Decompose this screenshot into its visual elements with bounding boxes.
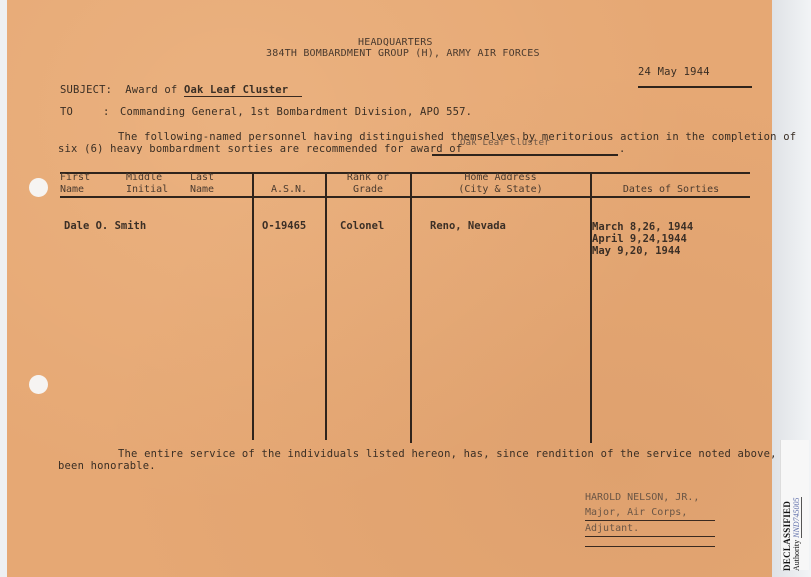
header-line-2: 384TH BOMBARDMENT GROUP (H), ARMY AIR FO…	[266, 48, 540, 59]
to-recipient: Commanding General, 1st Bombardment Divi…	[120, 106, 472, 118]
award-fill-text: Oak Leaf Cluster	[460, 138, 550, 148]
subject-line: SUBJECT: Award of Oak Leaf Cluster	[60, 84, 302, 96]
th-first-name: First Name	[60, 172, 90, 196]
sortie-date-3: May 9,20, 1944	[592, 245, 693, 257]
row-address: Reno, Nevada	[430, 220, 506, 232]
th-rank-l1: Rank or	[326, 172, 410, 184]
th-middle-l1: Middle	[126, 172, 168, 184]
header-line-1: HEADQUARTERS	[358, 37, 433, 48]
subject-prefix: Award of	[125, 84, 177, 96]
th-asn: A.S.N.	[253, 184, 325, 196]
stamp-authority-label: Authority	[792, 540, 801, 571]
th-address-l1: Home Address	[411, 172, 590, 184]
punch-hole-top	[29, 178, 48, 197]
subject-label: SUBJECT:	[60, 84, 112, 96]
th-last-name: Last Name	[190, 172, 214, 196]
row-dates: March 8,26, 1944 April 9,24,1944 May 9,2…	[592, 221, 693, 257]
award-fill-period: .	[619, 143, 626, 155]
to-separator: :	[103, 106, 110, 118]
signatory-rank: Major, Air Corps,	[585, 505, 715, 521]
row-name: Dale O. Smith	[64, 220, 146, 232]
closing-line-2: been honorable.	[58, 460, 156, 472]
body-line-1: The following-named personnel having dis…	[118, 131, 796, 143]
row-asn: O-19465	[262, 220, 306, 232]
th-rank: Rank or Grade	[326, 172, 410, 196]
stamp-authority: Authority NND745005	[792, 441, 801, 571]
stamp-authority-value: NND745005	[792, 497, 802, 537]
col-divider-asn	[252, 173, 254, 440]
th-first-l1: First	[60, 172, 90, 184]
th-dates: Dates of Sorties	[591, 184, 751, 196]
to-label: TO	[60, 106, 73, 118]
declassified-stamp: DECLASSIFIED Authority NND745005	[780, 440, 809, 570]
date-underline	[638, 86, 752, 88]
punch-hole-bottom	[29, 375, 48, 394]
sortie-date-1: March 8,26, 1944	[592, 221, 693, 233]
body-line-2: six (6) heavy bombardment sorties are re…	[58, 143, 462, 155]
col-divider-address	[410, 173, 412, 443]
th-last-l2: Name	[190, 184, 214, 196]
th-middle-l2: Initial	[126, 184, 168, 196]
col-divider-dates	[590, 173, 592, 443]
col-divider-rank	[325, 173, 327, 440]
row-rank: Colonel	[340, 220, 384, 232]
table-header-rule	[60, 196, 750, 198]
signatory-name: HAROLD NELSON, JR.,	[585, 490, 715, 505]
th-last-l1: Last	[190, 172, 214, 184]
signature-rule	[585, 540, 715, 547]
th-rank-l2: Grade	[326, 184, 410, 196]
th-address-l2: (City & State)	[411, 184, 590, 196]
document-date: 24 May 1944	[638, 66, 710, 78]
award-fill-line	[432, 154, 618, 156]
th-first-l2: Name	[60, 184, 90, 196]
subject-award: Oak Leaf Cluster	[184, 84, 302, 97]
signature-block: HAROLD NELSON, JR., Major, Air Corps, Ad…	[585, 490, 715, 552]
closing-line-1: The entire service of the individuals li…	[118, 448, 777, 460]
th-address: Home Address (City & State)	[411, 172, 590, 196]
signatory-title: Adjutant.	[585, 521, 715, 537]
sortie-date-2: April 9,24,1944	[592, 233, 693, 245]
stamp-title: DECLASSIFIED	[782, 441, 792, 571]
th-middle-initial: Middle Initial	[126, 172, 168, 196]
